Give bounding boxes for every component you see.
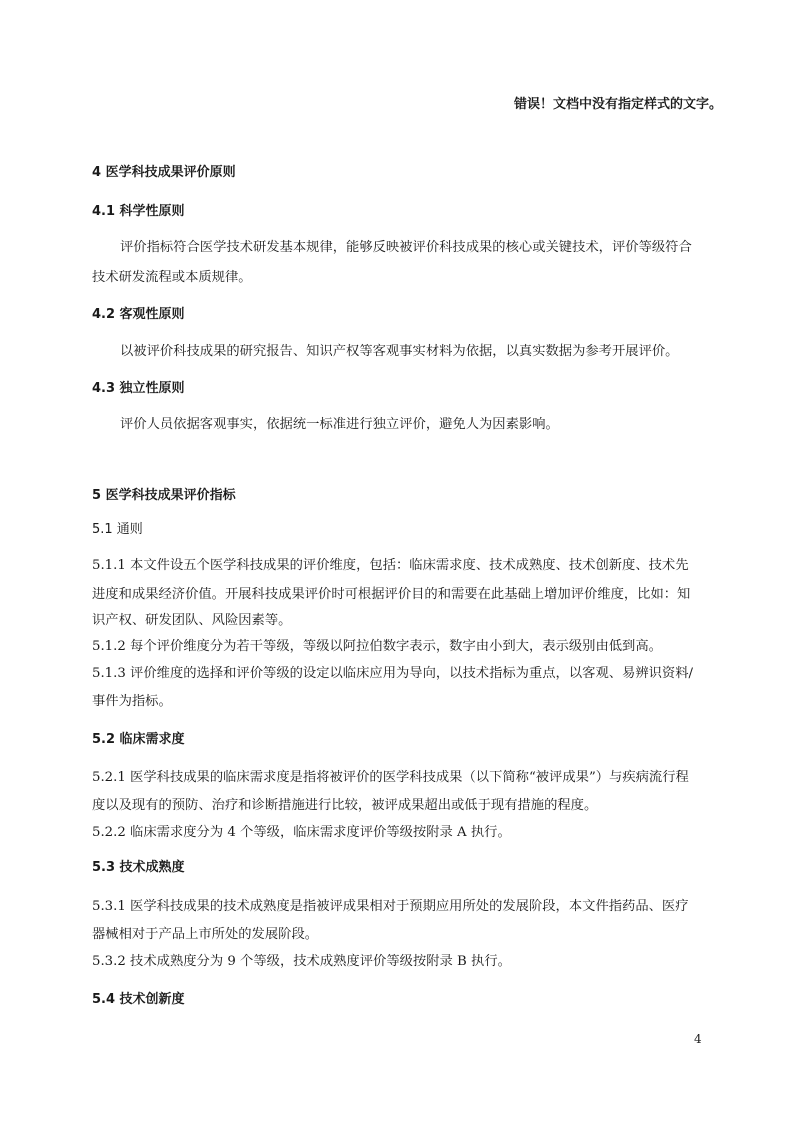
paragraph-line: 识产权、研发团队、风险因素等。: [92, 609, 291, 628]
paragraph-line: 5.2.1 医学科技成果的临床需求度是指将被评价的医学科技成果（以下简称“被评成…: [92, 766, 689, 785]
subsection-heading-5-3: 5.3 技术成熟度: [92, 856, 185, 875]
subsection-heading-5-4: 5.4 技术创新度: [92, 988, 185, 1007]
paragraph-line: 以被评价科技成果的研究报告、知识产权等客观事实材料为依据，以真实数据为参考开展评…: [120, 340, 678, 359]
paragraph-line: 器械相对于产品上市所处的发展阶段。: [92, 923, 318, 942]
subsection-heading-4-1: 4.1 科学性原则: [92, 200, 185, 219]
subsection-heading-4-2: 4.2 客观性原则: [92, 303, 185, 322]
page-number: 4: [694, 1032, 702, 1046]
paragraph-line: 5.1.2 每个评价维度分为若干等级，等级以阿拉伯数字表示，数字由小到大，表示级…: [92, 635, 662, 654]
paragraph-line: 度以及现有的预防、治疗和诊断措施进行比较，被评成果超出或低于现有措施的程度。: [92, 794, 597, 813]
paragraph-line: 评价人员依据客观事实，依据统一标准进行独立评价，避免人为因素影响。: [120, 413, 559, 432]
paragraph-line: 技术研发流程或本质规律。: [92, 266, 252, 285]
section-heading-5: 5 医学科技成果评价指标: [92, 484, 236, 503]
subsection-heading-5-2: 5.2 临床需求度: [92, 728, 185, 747]
paragraph-line: 5.3.2 技术成熟度分为 9 个等级，技术成熟度评价等级按附录 B 执行。: [92, 950, 511, 969]
paragraph-line: 5.1.3 评价维度的选择和评价等级的设定以临床应用为导向，以技术指标为重点，以…: [92, 662, 693, 681]
paragraph-line: 5.3.1 医学科技成果的技术成熟度是指被评成果相对于预期应用所处的发展阶段，本…: [92, 895, 689, 914]
subsection-heading-5-1: 5.1 通则: [92, 518, 143, 537]
paragraph-line: 评价指标符合医学技术研发基本规律，能够反映被评价科技成果的核心或关键技术，评价等…: [120, 236, 692, 255]
paragraph-line: 事件为指标。: [92, 690, 172, 709]
paragraph-line: 5.1.1 本文件设五个医学科技成果的评价维度，包括：临床需求度、技术成熟度、技…: [92, 554, 689, 573]
running-header: 错误！文档中没有指定样式的文字。: [480, 93, 722, 112]
subsection-heading-4-3: 4.3 独立性原则: [92, 377, 185, 396]
paragraph-line: 进度和成果经济价值。开展科技成果评价时可根据评价目的和需要在此基础上增加评价维度…: [92, 583, 690, 602]
paragraph-line: 5.2.2 临床需求度分为 4 个等级，临床需求度评价等级按附录 A 执行。: [92, 821, 511, 840]
section-heading-4: 4 医学科技成果评价原则: [92, 161, 236, 180]
